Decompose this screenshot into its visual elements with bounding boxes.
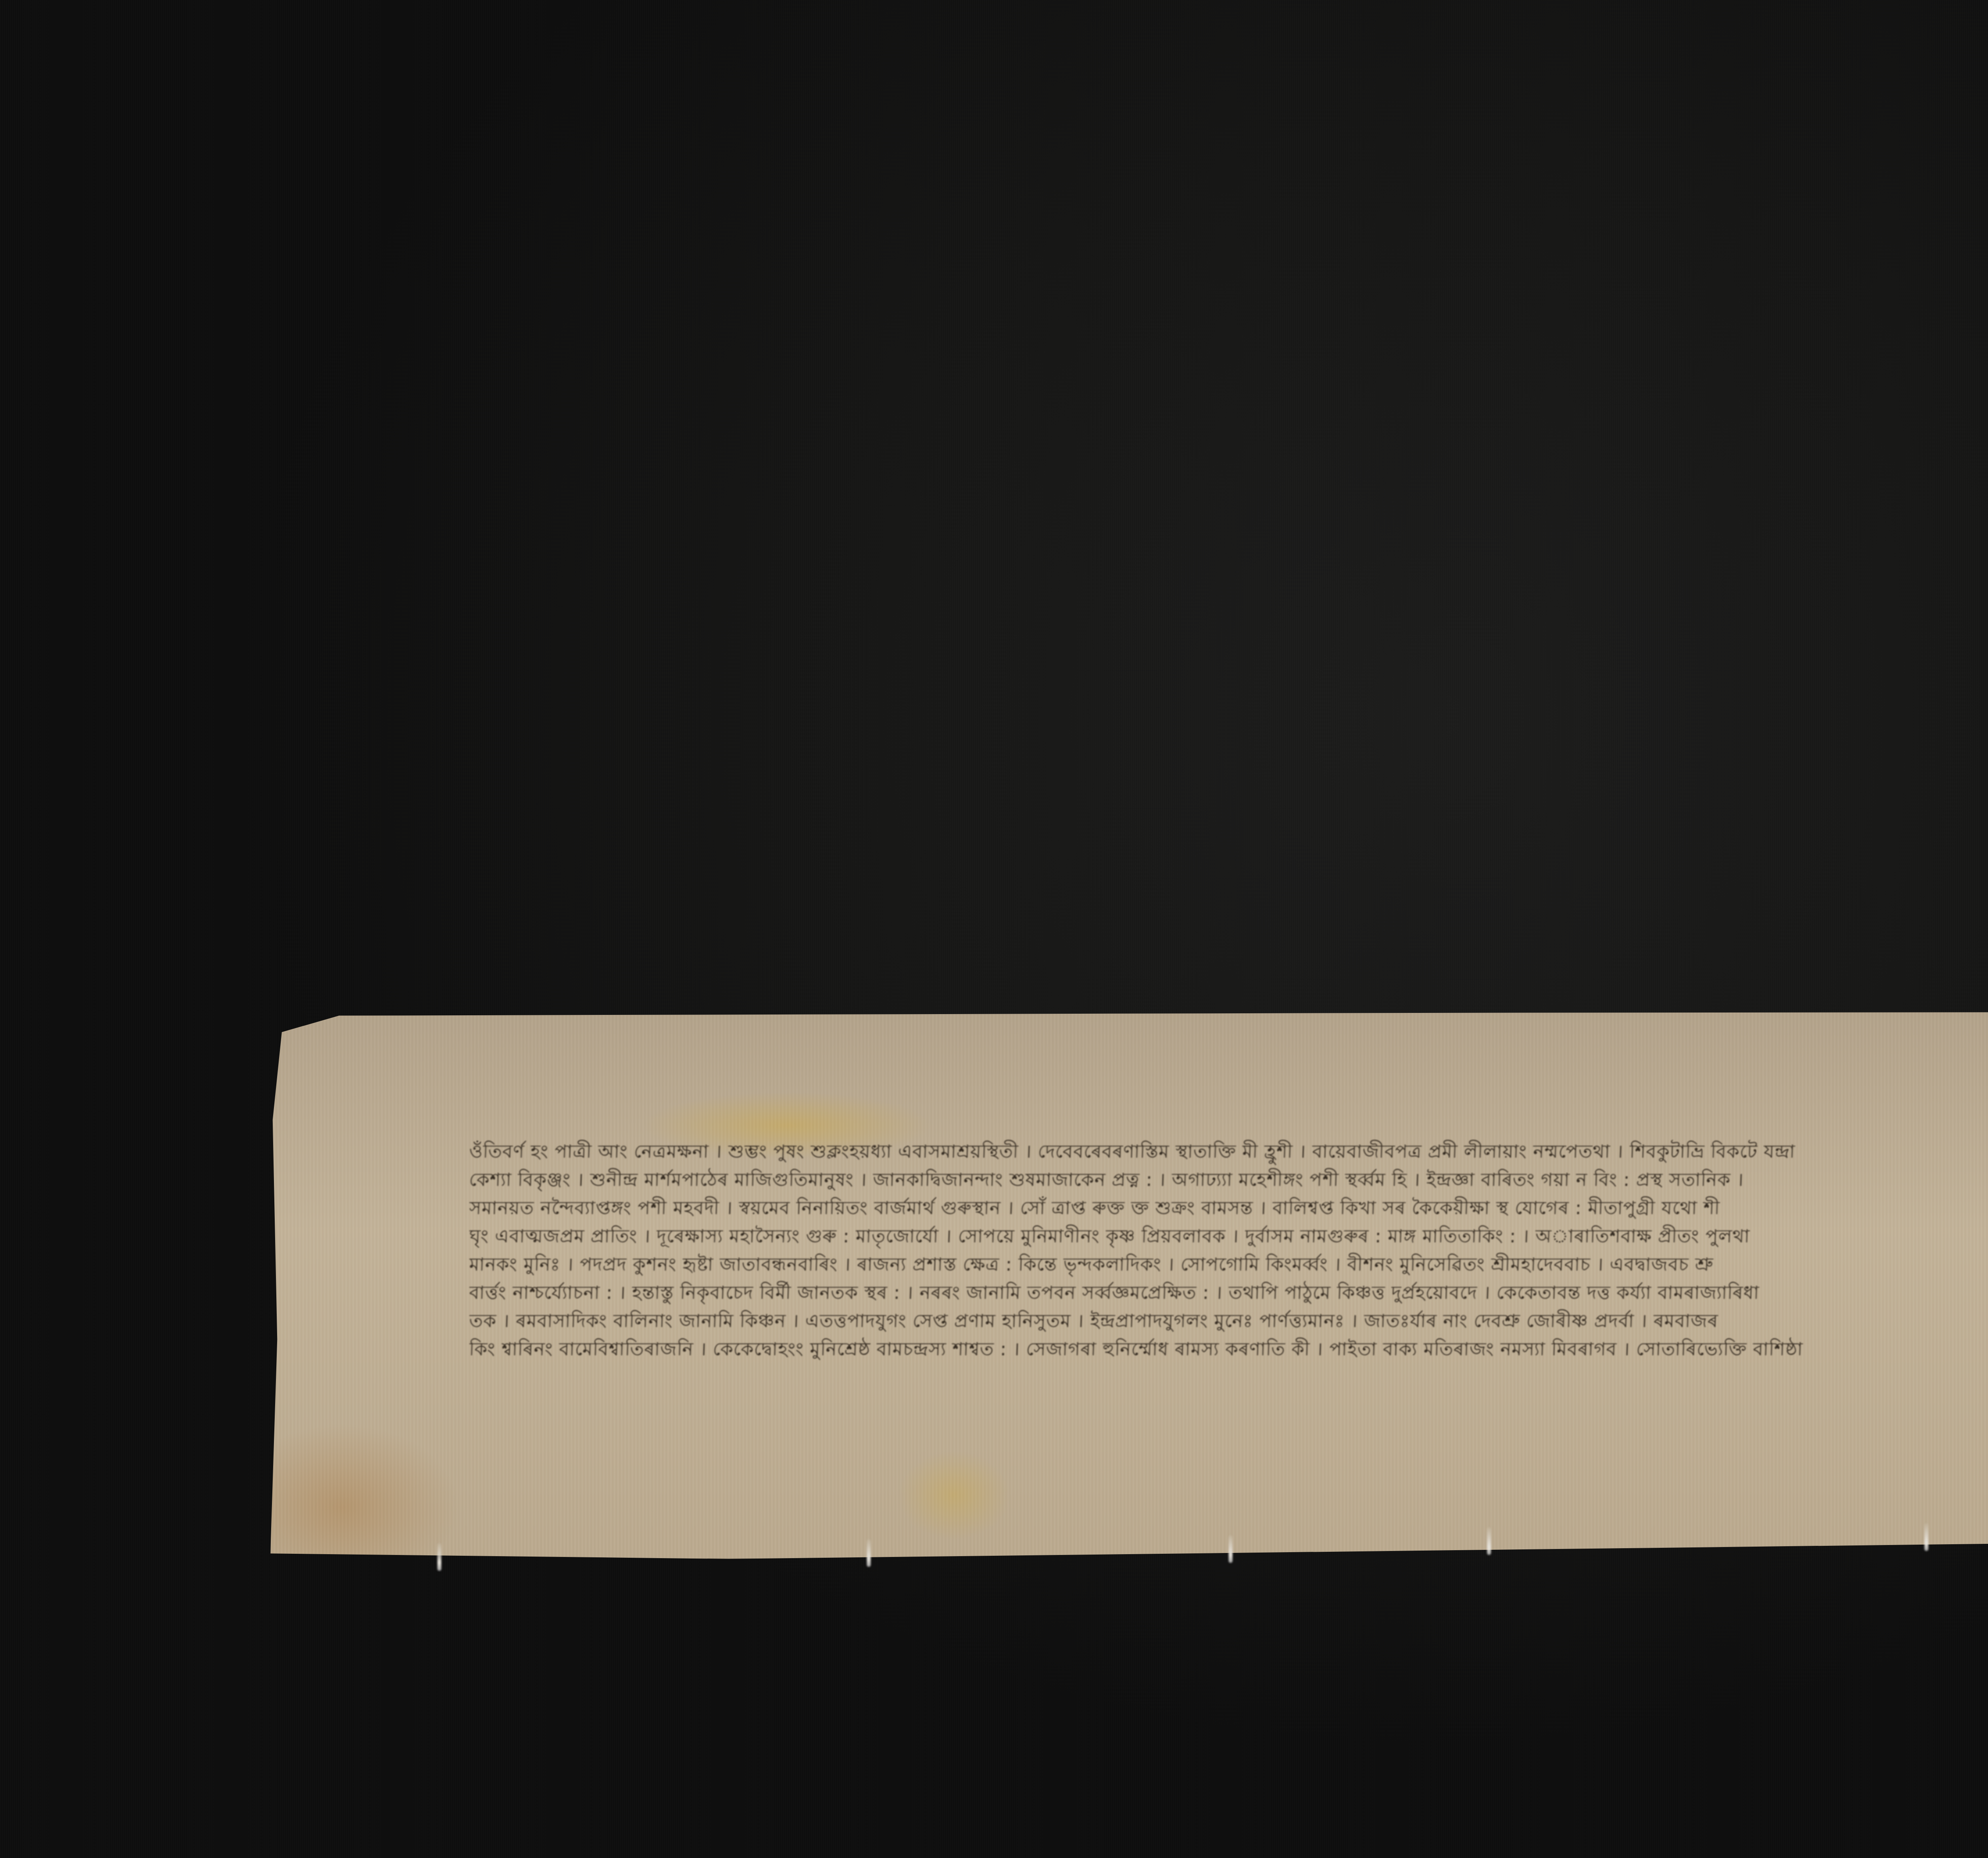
mounting-pin	[437, 1543, 441, 1571]
manuscript-line-3: সমানয়ত নন্দৈব্যাপ্তঙ্গং পশী মহবদী । স্ব…	[469, 1194, 1988, 1222]
manuscript-line-5: মানকং মুনিঃ । পদপ্ৰদ কুশনং হৃষ্টা জাতাবন…	[469, 1250, 1988, 1279]
manuscript-line-6: বাৰ্ত্তং নাশ্চৰ্য্যোচনা : । হন্তাস্তু নি…	[469, 1279, 1988, 1307]
manuscript-line-2: কেশ্যা বিকৃঞ্জং । শুনীন্দ্ৰ মাৰ্শমপাঠেৰ …	[469, 1166, 1988, 1194]
mounting-pin	[1924, 1523, 1928, 1551]
mounting-pin	[1487, 1527, 1491, 1555]
mounting-pin	[867, 1539, 871, 1567]
manuscript-line-8: কিং শ্বাৰিনং বামেবিশ্বাতিৰাজনি । কেকেদ্ব…	[469, 1335, 1988, 1363]
manuscript-line-7: তক । ৰমবাসাদিকং বালিনাং জানামি কিঞ্চন । …	[469, 1307, 1988, 1335]
manuscript-text-block: ওঁতিবৰ্ণ হং পাত্ৰী আং নেত্ৰমক্ষনা । শুম্…	[469, 1137, 1988, 1363]
black-fabric-backdrop	[0, 0, 1988, 1858]
manuscript-line-1: ওঁতিবৰ্ণ হং পাত্ৰী আং নেত্ৰমক্ষনা । শুম্…	[469, 1137, 1988, 1166]
manuscript-line-4: ঘৃং এবাত্মজপ্ৰম প্ৰাতিং । দূৰেক্ষাস্য মহ…	[469, 1222, 1988, 1250]
mounting-pin	[1229, 1535, 1233, 1563]
